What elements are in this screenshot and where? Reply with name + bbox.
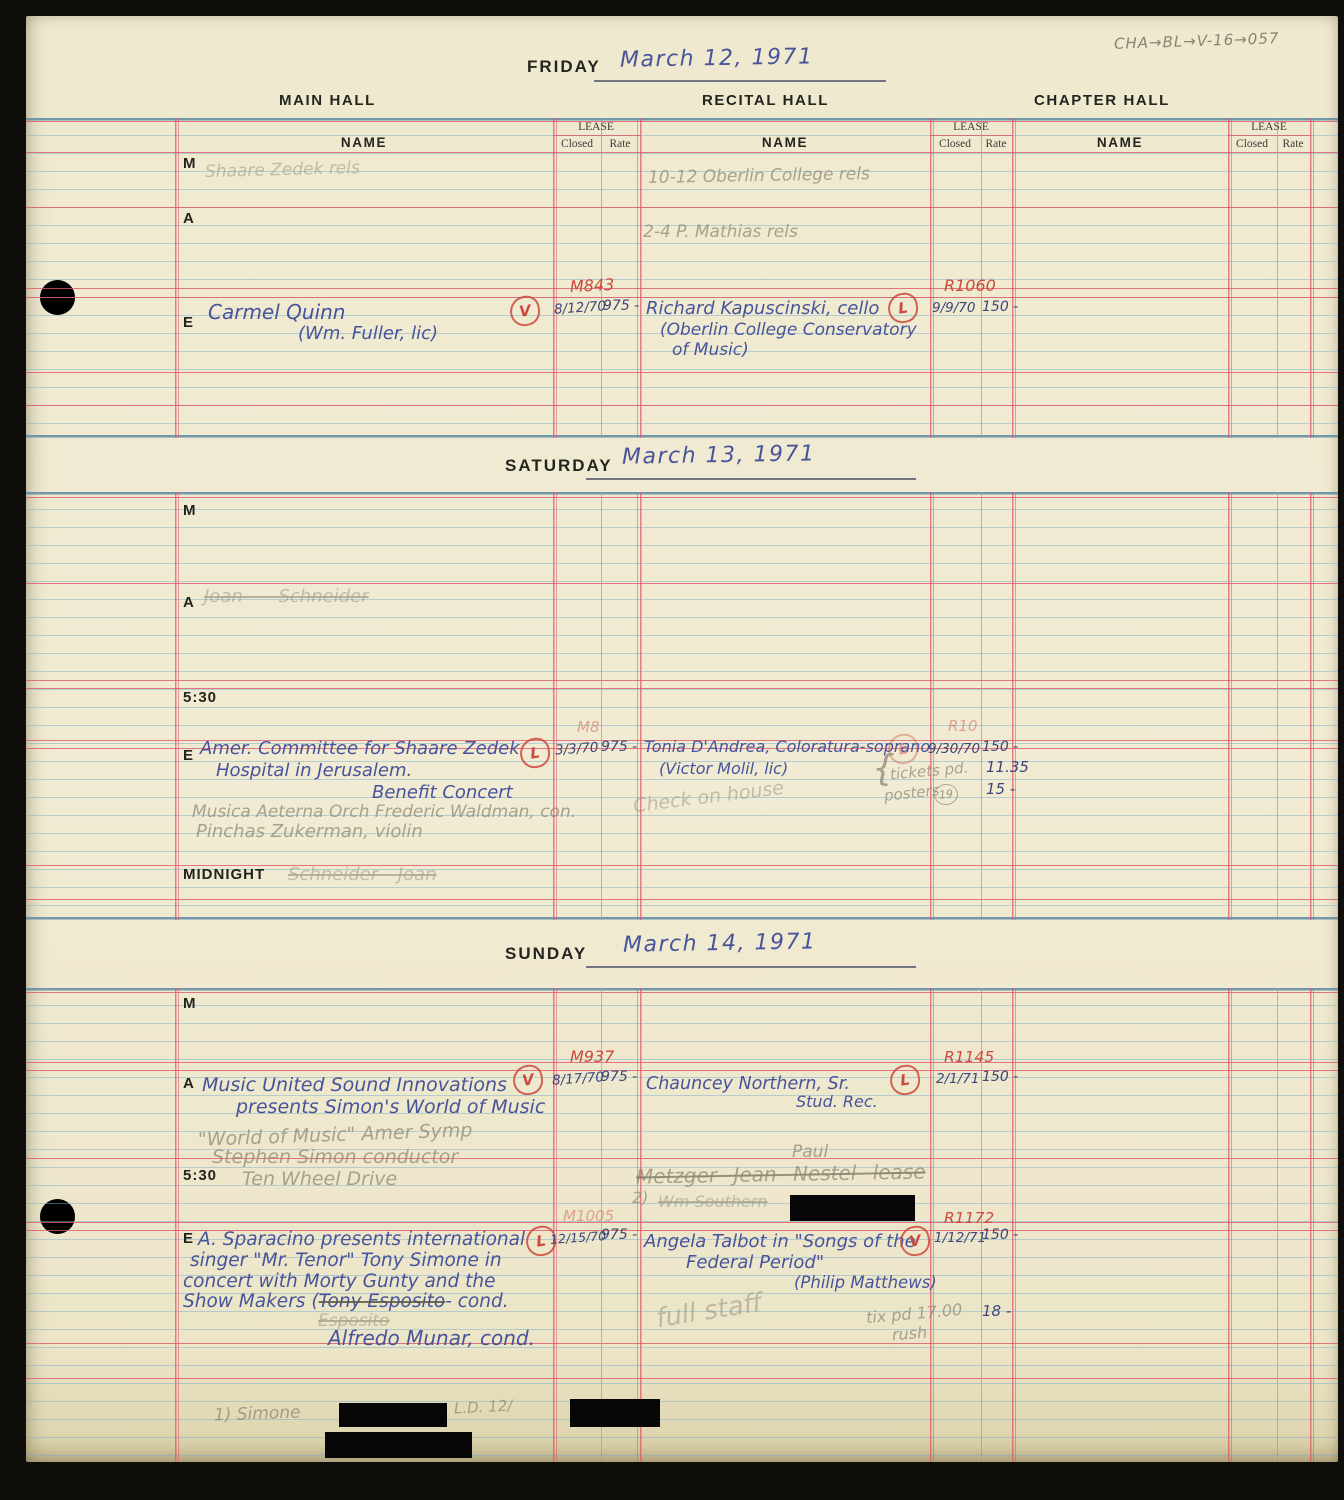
hall-title-recital: RECITAL HALL: [702, 93, 829, 109]
sunday-recital-staff-note: full staff: [655, 1290, 765, 1334]
friday-recital-morning-note: 10-12 Oberlin College rels: [648, 166, 870, 188]
saturday-recital-fee2-amount: 15 -: [986, 782, 1015, 798]
sunday-main-afternoon-line4: Stephen Simon conductor: [212, 1148, 458, 1168]
sunday-recital-ticket-note2: rush: [891, 1325, 927, 1344]
saturday-main-lease-date: 3/3/70: [555, 741, 599, 758]
friday-main-check-circle: V: [508, 294, 542, 328]
row-label-saturday-530: 5:30: [183, 690, 217, 706]
sunday-main-e-lease-code: M1005: [563, 1209, 614, 1225]
friday-main-evening-agent: (Wm. Fuller, lic): [298, 325, 438, 344]
sunday-recital-ticket-amount: 18 -: [982, 1304, 1011, 1320]
closed-header-recital: Closed: [939, 138, 971, 150]
date-underline-friday: [594, 80, 886, 82]
saturday-recital-evening-agent: (Victor Molil, lic): [659, 761, 788, 778]
date-handwritten-friday: March 12, 1971: [620, 45, 814, 71]
row-label-sunday-a: A: [183, 1076, 195, 1092]
saturday-recital-house-note: Check on house: [632, 779, 785, 817]
saturday-main-midnight-note: Schneider Joan: [288, 866, 437, 885]
saturday-recital-fee1-label: tickets pd.: [889, 761, 969, 784]
sunday-recital-e-line1: Angela Talbot in "Songs of the: [644, 1233, 916, 1252]
friday-main-lease-rate: 975 -: [603, 299, 639, 314]
saturday-main-evening-line4: Musica Aeterna Orch Frederic Waldman, co…: [192, 804, 576, 822]
row-label-saturday-m: M: [183, 503, 197, 519]
sunday-recital-530-item2-number: 2): [632, 1190, 648, 1207]
sunday-main-evening-line3: concert with Morty Gunty and the: [183, 1272, 496, 1291]
name-header-recital: NAME: [762, 136, 808, 150]
saturday-recital-lease-rate: 150 -: [982, 740, 1018, 755]
day-label-sunday: SUNDAY: [505, 945, 587, 963]
friday-main-evening-artist: Carmel Quinn: [208, 302, 345, 323]
redaction-box: [790, 1195, 915, 1221]
sunday-recital-e-line3: (Philip Matthews): [794, 1274, 937, 1291]
redaction-box: [325, 1432, 472, 1458]
sunday-main-a-check-circle: V: [511, 1063, 545, 1097]
sunday-recital-a-artist: Chauncey Northern, Sr.: [646, 1075, 850, 1093]
sunday-recital-e-lease-date: 1/12/71: [934, 1231, 986, 1245]
rate-header-chapter: Rate: [1282, 138, 1303, 150]
name-header-chapter: NAME: [1097, 136, 1143, 150]
hall-title-main: MAIN HALL: [279, 93, 376, 109]
scanned-ledger-scan: CHA→BL→V-16→057 FRIDAY March 12, 1971 MA…: [0, 0, 1344, 1500]
sunday-main-e-lease-rate: 975 -: [601, 1228, 637, 1243]
sunday-recital-530-name-above: Paul: [792, 1144, 828, 1162]
column-lines-layer: [26, 988, 1338, 1462]
lease-header-main: LEASE: [578, 121, 614, 133]
sunday-recital-530-struck-entry: Metzger Jean Nestel lease: [636, 1161, 926, 1187]
sunday-main-afternoon-line1: Music United Sound Innovations: [202, 1076, 507, 1096]
row-label-friday-a: A: [183, 211, 195, 227]
ledger-page: CHA→BL→V-16→057 FRIDAY March 12, 1971 MA…: [26, 16, 1338, 1462]
sunday-recital-e-lease-code: R1172: [944, 1210, 994, 1226]
saturday-grid: M A 5:30 E MIDNIGHT Joan Schneider Amer.…: [26, 492, 1338, 920]
friday-recital-afternoon-note: 2-4 P. Mathias rels: [643, 224, 798, 242]
saturday-recital-fee1-amount: 11.35: [986, 760, 1029, 776]
saturday-main-check-circle: L: [518, 736, 552, 770]
date-underline-saturday: [586, 478, 916, 480]
closed-header-main: Closed: [561, 138, 593, 150]
sunday-main-a-lease-rate: 975 -: [601, 1070, 637, 1085]
lease-header-chapter: LEASE: [1251, 121, 1287, 133]
saturday-main-evening-line3: Benefit Concert: [372, 784, 513, 803]
sunday-recital-a-lease-date: 2/1/71: [936, 1072, 979, 1086]
saturday-recital-lease-date: 9/30/70: [928, 742, 980, 756]
saturday-recital-fee2-label: posters: [883, 783, 940, 804]
rate-header-main: Rate: [609, 138, 630, 150]
sunday-recital-a-note: Stud. Rec.: [796, 1094, 878, 1111]
saturday-main-lease-rate: 975 -: [601, 740, 637, 755]
row-label-saturday-e: E: [183, 748, 194, 764]
column-lines-layer: [26, 492, 1338, 920]
friday-grid: LEASE LEASE LEASE Closed Rate Closed Rat…: [26, 118, 1338, 438]
saturday-main-lease-code: M8: [577, 720, 600, 736]
row-label-sunday-e: E: [183, 1231, 194, 1247]
sunday-recital-e-lease-rate: 150 -: [982, 1228, 1018, 1243]
friday-recital-evening-artist: Richard Kapuscinski, cello: [646, 300, 879, 319]
sunday-main-evening-line1: A. Sparacino presents international: [198, 1230, 525, 1249]
footer-note-2: L.D. 12/: [454, 1398, 513, 1417]
date-handwritten-saturday: March 13, 1971: [622, 442, 816, 468]
row-label-friday-m: M: [183, 156, 197, 172]
sunday-grid: M A 5:30 E Music United Sound Innovation…: [26, 988, 1338, 1462]
saturday-main-evening-line1: Amer. Committee for Shaare Zedek: [200, 740, 520, 759]
sunday-recital-e-check-circle: V: [898, 1224, 932, 1258]
sunday-main-evening-line4: Show Makers (Tony Esposito- cond.: [183, 1292, 509, 1311]
row-label-saturday-midnight: MIDNIGHT: [183, 867, 265, 883]
friday-recital-evening-org1: (Oberlin College Conservatory: [660, 322, 917, 340]
line4-suffix: - cond.: [445, 1291, 508, 1312]
corner-archive-code: CHA→BL→V-16→057: [1114, 31, 1280, 53]
closed-header-chapter: Closed: [1236, 138, 1268, 150]
redaction-box: [570, 1399, 660, 1427]
saturday-recital-fee2-circled-number: 19: [933, 783, 959, 806]
sunday-main-evening-conductor: Alfredo Munar, cond.: [328, 1328, 535, 1349]
rate-header-recital: Rate: [985, 138, 1006, 150]
row-label-saturday-a: A: [183, 595, 195, 611]
redaction-box: [339, 1403, 447, 1427]
sunday-recital-530-struck-entry2: Wm Southern: [658, 1194, 768, 1211]
friday-main-lease-date: 8/12/70: [554, 299, 607, 317]
friday-main-morning-note: Shaare Zedek rels: [205, 160, 360, 182]
row-label-sunday-m: M: [183, 996, 197, 1012]
row-label-friday-e: E: [183, 315, 194, 331]
sunday-main-530-note: Ten Wheel Drive: [242, 1170, 397, 1190]
sunday-recital-a-check-circle: L: [888, 1063, 922, 1097]
day-label-friday: FRIDAY: [527, 58, 601, 76]
sunday-recital-a-lease-code: R1145: [944, 1049, 994, 1065]
saturday-main-evening-line5: Pinchas Zukerman, violin: [196, 823, 423, 842]
saturday-recital-lease-code: R10: [948, 719, 978, 735]
sunday-recital-a-lease-rate: 150 -: [982, 1070, 1018, 1085]
hall-title-chapter: CHAPTER HALL: [1034, 93, 1170, 109]
sunday-main-e-lease-date: 12/15/70: [550, 1229, 607, 1246]
sunday-main-evening-line2: singer "Mr. Tenor" Tony Simone in: [190, 1251, 502, 1270]
friday-recital-evening-org2: of Music): [672, 342, 749, 360]
row-label-sunday-530: 5:30: [183, 1168, 217, 1184]
lease-header-recital: LEASE: [953, 121, 989, 133]
friday-recital-lease-date: 9/9/70: [932, 301, 975, 315]
date-handwritten-sunday: March 14, 1971: [623, 930, 817, 956]
friday-recital-lease-code: R1060: [944, 278, 996, 295]
friday-main-lease-code: M843: [570, 277, 615, 296]
name-header-main: NAME: [341, 136, 387, 150]
sunday-main-a-lease-code: M937: [570, 1049, 614, 1066]
footer-note-1: 1) Simone: [214, 1404, 301, 1425]
line4-prefix: Show Makers (: [183, 1291, 319, 1312]
sunday-main-a-lease-date: 8/17/70: [552, 1070, 605, 1088]
friday-recital-lease-rate: 150 -: [982, 300, 1018, 315]
line4-struck-name: Tony Esposito: [319, 1291, 446, 1312]
sunday-main-afternoon-line2: presents Simon's World of Music: [236, 1098, 545, 1118]
day-label-saturday: SATURDAY: [505, 457, 613, 475]
saturday-main-afternoon-note: Joan Schneider: [204, 588, 369, 607]
sunday-recital-e-line2: Federal Period": [686, 1254, 824, 1273]
saturday-main-evening-line2: Hospital in Jerusalem.: [216, 762, 412, 781]
date-underline-sunday: [586, 966, 916, 968]
